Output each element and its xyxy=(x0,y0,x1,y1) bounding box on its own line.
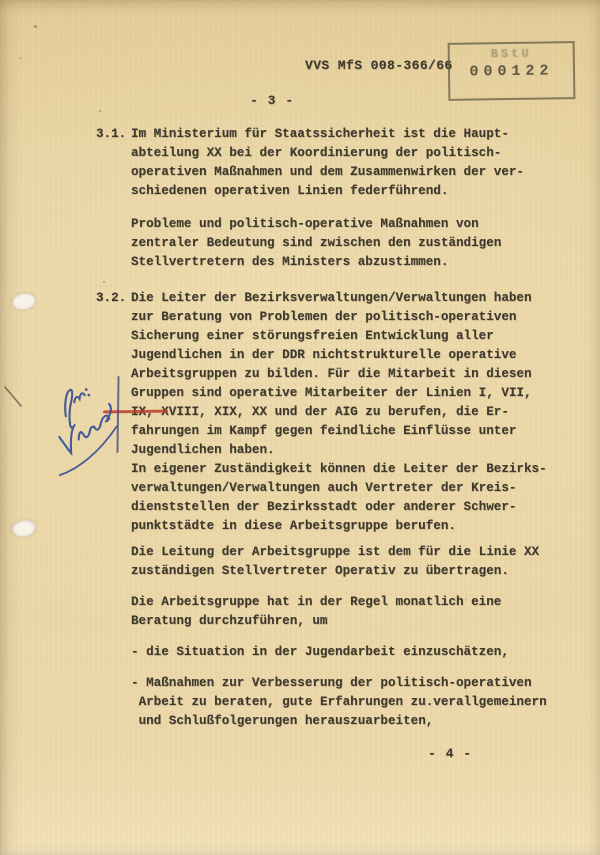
page-number-top: - 3 - xyxy=(250,91,294,110)
page-number-bottom: - 4 - xyxy=(428,744,472,763)
paragraph-row: Die Leitung der Arbeitsgruppe ist dem fü… xyxy=(96,543,600,581)
indent-spacer xyxy=(96,215,131,272)
bullet-text: - Maßnahmen zur Verbesserung der politis… xyxy=(131,674,581,731)
indent-spacer xyxy=(96,593,131,631)
paragraph-row: Probleme und politisch-operative Maßnahm… xyxy=(96,215,600,272)
indent-spacer xyxy=(96,543,131,581)
paragraph: Probleme und politisch-operative Maßnahm… xyxy=(131,215,581,272)
paper-speck xyxy=(465,598,467,600)
handwritten-note xyxy=(34,366,144,478)
indent-spacer xyxy=(96,643,131,662)
reference-number: VVS MfS 008-366/66 xyxy=(305,56,453,75)
paragraph: Im Ministerium für Staatssicherheit ist … xyxy=(131,125,581,201)
paragraph: Die Leitung der Arbeitsgruppe ist dem fü… xyxy=(131,543,581,581)
stamp-serial-number: 000122 xyxy=(450,62,573,81)
bullet-item: - die Situation in der Jugendarbeit einz… xyxy=(96,643,600,662)
paper-speck xyxy=(99,110,101,112)
paper-speck xyxy=(103,281,105,283)
paragraph: Die Arbeitsgruppe hat in der Regel monat… xyxy=(131,593,581,631)
bstu-stamp: BStU 000122 xyxy=(448,41,576,101)
bullet-item: - Maßnahmen zur Verbesserung der politis… xyxy=(96,674,600,731)
indent-spacer xyxy=(96,674,131,731)
paper-speck xyxy=(329,367,331,369)
paper-speck xyxy=(34,25,37,28)
paper-speck xyxy=(19,57,22,59)
section-3-2: 3.2. Die Leiter der Bezirksverwaltungen/… xyxy=(96,289,600,536)
paragraph: Die Leiter der Bezirksverwaltungen/Verwa… xyxy=(131,289,581,536)
paragraph-row: Die Arbeitsgruppe hat in der Regel monat… xyxy=(96,593,600,631)
pencil-stroke-annotation xyxy=(2,384,26,410)
section-3-1: 3.1. Im Ministerium für Staatssicherheit… xyxy=(96,125,600,201)
stamp-org-label: BStU xyxy=(450,46,573,62)
bullet-text: - die Situation in der Jugendarbeit einz… xyxy=(131,643,581,662)
section-number: 3.1. xyxy=(96,125,131,201)
